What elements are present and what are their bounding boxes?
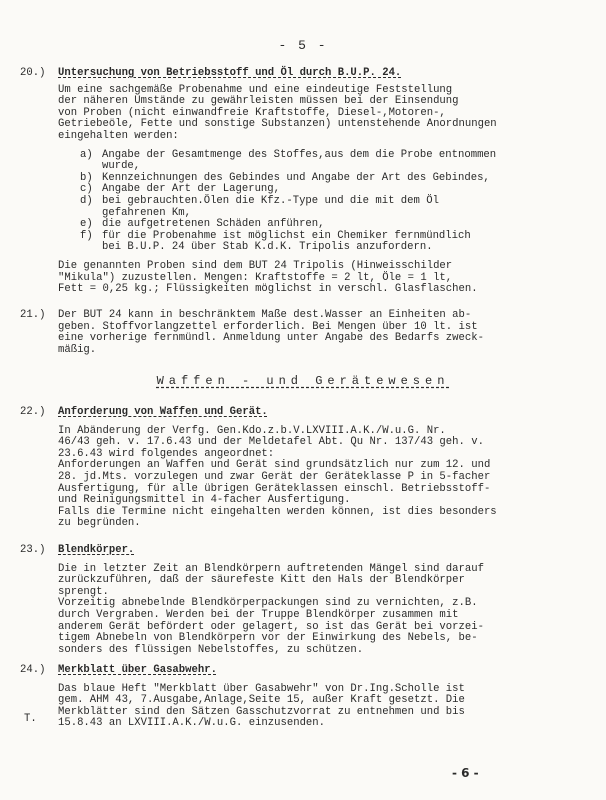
page-number-top: - 5 - xyxy=(0,38,606,53)
section-20: 20.) Untersuchung von Betriebsstoff und … xyxy=(20,68,580,296)
list-item: a)Angabe der Gesamtmenge des Stoffes,aus… xyxy=(80,150,580,173)
requirement-list: a)Angabe der Gesamtmenge des Stoffes,aus… xyxy=(80,150,580,254)
section-24: 24.) Merkblatt über Gasabwehr. Das blaue… xyxy=(20,665,580,730)
margin-mark: T. xyxy=(24,713,37,725)
section-number: 20.) xyxy=(20,68,56,80)
list-item: d)bei gebrauchten.Ölen die Kfz.-Type und… xyxy=(80,196,580,219)
section-heading: Blendkörper. xyxy=(58,545,580,557)
section-text: Die in letzter Zeit an Blendkörpern auft… xyxy=(58,564,580,657)
page-number-bottom: - 6 - xyxy=(452,766,479,780)
section-intro: Um eine sachgemäße Probenahme und eine e… xyxy=(58,85,580,143)
section-heading: Merkblatt über Gasabwehr. xyxy=(58,665,580,677)
section-21: 21.) Der BUT 24 kann in beschränktem Maß… xyxy=(20,310,580,356)
section-text: Der BUT 24 kann in beschränktem Maße des… xyxy=(58,310,580,356)
section-text: In Abänderung der Verfg. Gen.Kdo.z.b.V.L… xyxy=(58,426,580,530)
section-number: 24.) xyxy=(20,665,56,677)
section-number: 23.) xyxy=(20,545,56,557)
section-text: Das blaue Heft "Merkblatt über Gasabwehr… xyxy=(58,684,580,730)
section-closing: Die genannten Proben sind dem BUT 24 Tri… xyxy=(58,261,580,296)
section-heading: Anforderung von Waffen und Gerät. xyxy=(58,407,580,419)
document-page: - 5 - 20.) Untersuchung von Betriebsstof… xyxy=(0,0,606,800)
list-item: f)für die Probenahme ist möglichst ein C… xyxy=(80,231,580,254)
section-number: 21.) xyxy=(20,310,56,322)
section-23: 23.) Blendkörper. Die in letzter Zeit an… xyxy=(20,545,580,656)
section-title: Waffen - und Gerätewesen xyxy=(0,374,606,388)
section-22: 22.) Anforderung von Waffen und Gerät. I… xyxy=(20,407,580,530)
section-number: 22.) xyxy=(20,407,56,419)
section-heading: Untersuchung von Betriebsstoff und Öl du… xyxy=(58,68,580,80)
